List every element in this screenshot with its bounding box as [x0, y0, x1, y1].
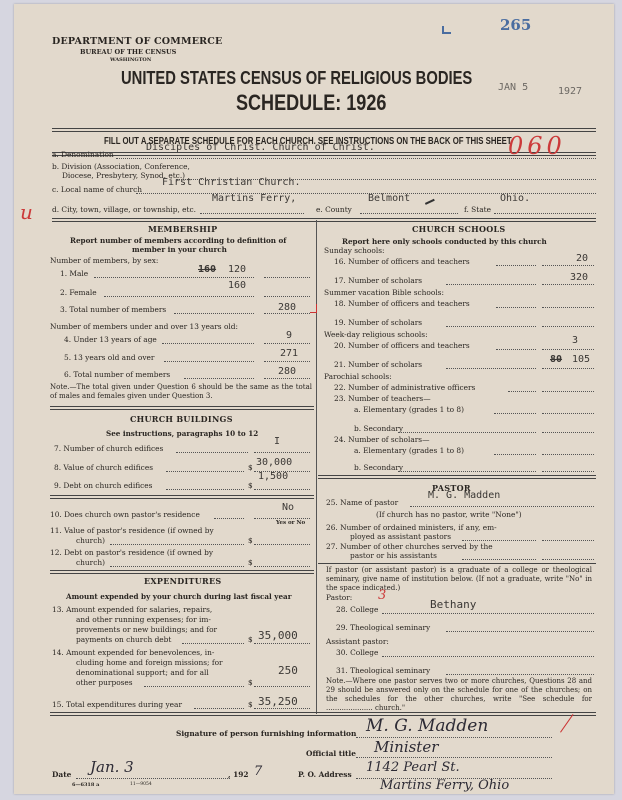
pastor-note: Note.—Where one pastor serves two or mor… — [326, 677, 592, 713]
check-mark-icon — [423, 195, 435, 205]
received-date-stamp: JAN 5 — [498, 82, 528, 93]
q25-pastor-name-value[interactable]: M. G. Madden — [428, 490, 500, 501]
po-address-label: P. O. Address — [298, 770, 352, 779]
department-heading: DEPARTMENT OF COMMERCE — [52, 36, 222, 47]
q21-value[interactable]: 105 — [572, 354, 590, 365]
q13-value[interactable]: 35,000 — [258, 629, 298, 642]
membership-heading: MEMBERSHIP — [148, 224, 217, 234]
q17-label: 17. Number of scholars — [334, 276, 422, 285]
q11-label-2: church) — [76, 536, 105, 545]
q23-label: 23. Number of teachers— — [334, 394, 431, 403]
q11-value-residence-label: 11. Value of pastor's residence (if owne… — [50, 526, 214, 535]
signature-label: Signature of person furnishing informati… — [176, 729, 356, 738]
weekday-schools-label: Week-day religious schools: — [324, 330, 428, 339]
year-value[interactable]: 7 — [254, 764, 262, 779]
q28-college-value[interactable]: Bethany — [430, 598, 476, 611]
sunday-schools-label: Sunday schools: — [324, 246, 384, 255]
form-code-2: 11—9054 — [130, 782, 152, 787]
q10-residence-label: 10. Does church own pastor's residence — [50, 510, 200, 519]
q5-over13-value[interactable]: 271 — [280, 348, 298, 359]
q1-male-value[interactable]: 120 — [228, 264, 246, 275]
denomination-label: a. Denomination — [52, 150, 114, 159]
q14-label-2: cluding home and foreign missions; for — [76, 658, 223, 667]
column-divider — [316, 220, 317, 714]
membership-subtitle: Report number of members according to de… — [70, 236, 286, 245]
received-year-stamp: 1927 — [558, 86, 582, 97]
by-age-label: Number of members under and over 13 year… — [50, 322, 238, 331]
q10-residence-value[interactable]: No — [282, 502, 294, 513]
q9-debt-value[interactable]: 1,500 — [258, 471, 288, 482]
by-sex-label: Number of members, by sex: — [50, 256, 158, 265]
q12-label-2: church) — [76, 558, 105, 567]
section-divider — [52, 218, 596, 222]
schools-subtitle: Report here only schools conducted by th… — [342, 237, 547, 246]
state-value[interactable]: Ohio. — [500, 193, 530, 204]
buildings-subtitle: See instructions, paragraphs 10 to 12 — [106, 429, 258, 438]
po-address-line1[interactable]: 1142 Pearl St. — [366, 760, 460, 775]
q24-label: 24. Number of scholars— — [334, 435, 430, 444]
church-schools-heading: CHURCH SCHOOLS — [412, 224, 506, 234]
q21-label: 21. Number of scholars — [334, 360, 422, 369]
q3-total-label: 3. Total number of members — [60, 305, 166, 314]
bureau-heading: BUREAU OF THE CENSUS — [80, 48, 176, 56]
membership-subtitle-2: member in your church — [132, 245, 227, 254]
q9-debt-label: 9. Debt on church edifices — [54, 481, 152, 490]
dollar-sign: $ — [248, 463, 253, 472]
q3-total-value[interactable]: 280 — [278, 302, 296, 313]
q30-label: 30. College — [336, 648, 378, 657]
q16-label: 16. Number of officers and teachers — [334, 257, 470, 266]
assistant-pastor-label: Assistant pastor: — [326, 637, 389, 646]
q13-label-3: provements or new buildings; and for — [76, 625, 217, 634]
date-label: Date — [52, 770, 71, 779]
church-buildings-heading: CHURCH BUILDINGS — [130, 414, 233, 424]
dollar-sign: $ — [248, 635, 253, 644]
local-name-label: c. Local name of church — [52, 185, 142, 194]
q7-edifices-value[interactable]: I — [274, 436, 280, 447]
q7-edifices-label: 7. Number of church edifices — [54, 444, 163, 453]
q15-label: 15. Total expenditures during year — [52, 700, 182, 709]
q23a-label: a. Elementary (grades 1 to 8) — [354, 405, 464, 414]
q20-value[interactable]: 3 — [572, 335, 578, 346]
q5-over13-label: 5. 13 years old and over — [64, 353, 154, 362]
official-title-label: Official title — [306, 749, 356, 758]
q2-female-value[interactable]: 160 — [228, 280, 246, 291]
county-label: e. County — [316, 205, 352, 214]
q19-label: 19. Number of scholars — [334, 318, 422, 327]
expenditures-subtitle: Amount expended by your church during la… — [66, 592, 291, 601]
q15-value[interactable]: 35,250 — [258, 695, 298, 708]
q27-label: 27. Number of other churches served by t… — [326, 542, 493, 551]
q29-label: 29. Theological seminary — [336, 623, 430, 632]
q25-hint: (If church has no pastor, write "None") — [376, 510, 522, 519]
county-value[interactable]: Belmont — [368, 193, 410, 204]
q21-struck-value: 80 — [550, 354, 562, 365]
census-schedule-page: DEPARTMENT OF COMMERCE BUREAU OF THE CEN… — [14, 4, 614, 794]
q4-under13-value[interactable]: 9 — [286, 330, 292, 341]
q26-label: 26. Number of ordained ministers, if any… — [326, 523, 497, 532]
q31-label: 31. Theological seminary — [336, 666, 430, 675]
graduate-note: If pastor (or assistant pastor) is a gra… — [326, 566, 592, 593]
q24a-label: a. Elementary (grades 1 to 8) — [354, 446, 464, 455]
parochial-schools-label: Parochial schools: — [324, 372, 392, 381]
q16-value[interactable]: 20 — [576, 253, 588, 264]
q27-label-2: pastor or his assistants — [350, 551, 437, 560]
q14-label-4: other purposes — [76, 678, 133, 687]
q14-label: 14. Amount expended for benevolences, in… — [52, 648, 214, 657]
division-label-line1: b. Division (Association, Conference, — [52, 162, 190, 171]
q25-label: 25. Name of pastor — [326, 498, 398, 507]
dollar-sign: $ — [248, 481, 253, 490]
state-label: f. State — [464, 205, 491, 214]
local-name-value[interactable]: First Christian Church. — [162, 177, 300, 188]
dollar-sign: $ — [248, 536, 253, 545]
q8-value-value[interactable]: 30,000 — [256, 457, 292, 468]
form-code-1: 6—6318 a — [72, 782, 99, 788]
q18-label: 18. Number of officers and teachers — [334, 299, 470, 308]
pastor-sub-label: Pastor: — [326, 593, 352, 602]
q12-debt-residence-label: 12. Debt on pastor's residence (if owned… — [50, 548, 213, 557]
po-address-line2[interactable]: Martins Ferry, Ohio — [380, 778, 509, 793]
red-code-annotation: 060 — [508, 132, 566, 160]
q6-total-value[interactable]: 280 — [278, 366, 296, 377]
dollar-sign: $ — [248, 678, 253, 687]
q17-value[interactable]: 320 — [570, 272, 588, 283]
q14-value[interactable]: 250 — [278, 664, 298, 677]
q4-under13-label: 4. Under 13 years of age — [64, 335, 157, 344]
q24b-label: b. Secondary — [354, 463, 403, 472]
q28-label: 28. College — [336, 605, 378, 614]
q1-male-label: 1. Male — [60, 269, 88, 278]
stamp-number: 265 — [500, 16, 531, 34]
city-heading: Washington — [110, 57, 151, 63]
city-label: d. City, town, village, or township, etc… — [52, 205, 196, 214]
summer-schools-label: Summer vacation Bible schools: — [324, 288, 444, 297]
city-value[interactable]: Martins Ferry, — [212, 193, 296, 204]
q14-label-3: denominational support; and for all — [76, 668, 209, 677]
q2-female-label: 2. Female — [60, 288, 97, 297]
q8-value-label: 8. Value of church edifices — [54, 463, 153, 472]
official-title-value[interactable]: Minister — [374, 738, 438, 756]
q6-total-label: 6. Total number of members — [64, 370, 170, 379]
q13-label-4: payments on church debt — [76, 635, 171, 644]
q20-label: 20. Number of officers and teachers — [334, 341, 470, 350]
q22-label: 22. Number of administrative officers — [334, 383, 475, 392]
dollar-sign: $ — [248, 700, 253, 709]
margin-mark-annotation: u — [20, 200, 33, 224]
membership-note: Note.—The total given under Question 6 s… — [50, 383, 312, 401]
document-title: UNITED STATES CENSUS OF RELIGIOUS BODIES — [121, 68, 472, 89]
q1-male-struck-value: 160 — [198, 264, 216, 275]
schedule-title: SCHEDULE: 1926 — [236, 90, 386, 116]
signature-value[interactable]: M. G. Madden — [366, 716, 488, 736]
red-mark-annotation: 3 — [378, 588, 386, 603]
red-tick-icon — [310, 304, 317, 313]
expenditures-heading: EXPENDITURES — [144, 576, 221, 586]
year-prefix: , 192 — [228, 770, 249, 779]
dollar-sign: $ — [248, 558, 253, 567]
date-value[interactable]: Jan. 3 — [90, 758, 134, 776]
denomination-value[interactable]: Disciples of Christ. Church of Christ. — [146, 142, 375, 153]
q23b-label: b. Secondary — [354, 424, 403, 433]
stamp-mark-icon — [442, 26, 451, 34]
q13-label-2: and other running expenses; for im- — [76, 615, 211, 624]
q26-label-2: ployed as assistant pastors — [350, 532, 451, 541]
q13-label: 13. Amount expended for salaries, repair… — [52, 605, 212, 614]
q10-hint: Yes or No — [276, 520, 305, 526]
